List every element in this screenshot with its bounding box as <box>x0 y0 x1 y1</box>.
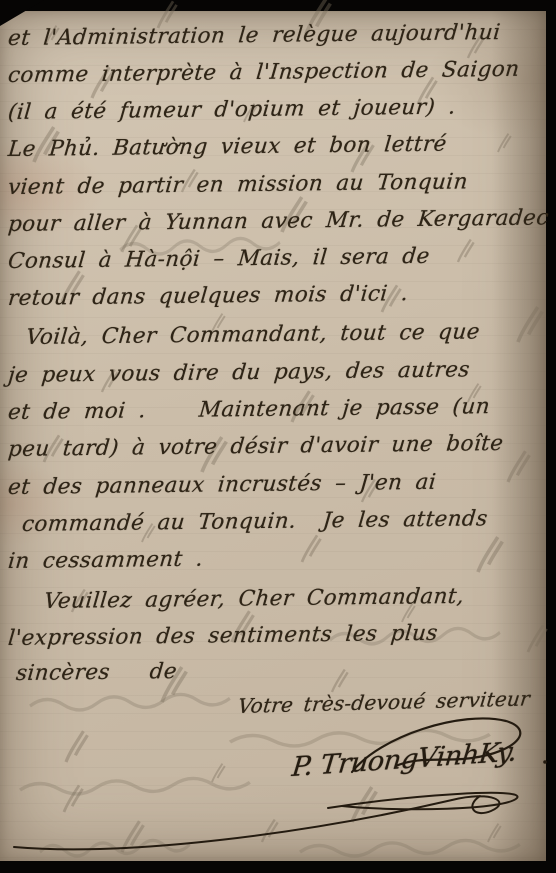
signature-period-dot <box>543 760 547 764</box>
scanned-letter-page: et l'Administration le relègue aujourd'h… <box>0 0 556 873</box>
signature-long-sweep <box>14 796 499 849</box>
